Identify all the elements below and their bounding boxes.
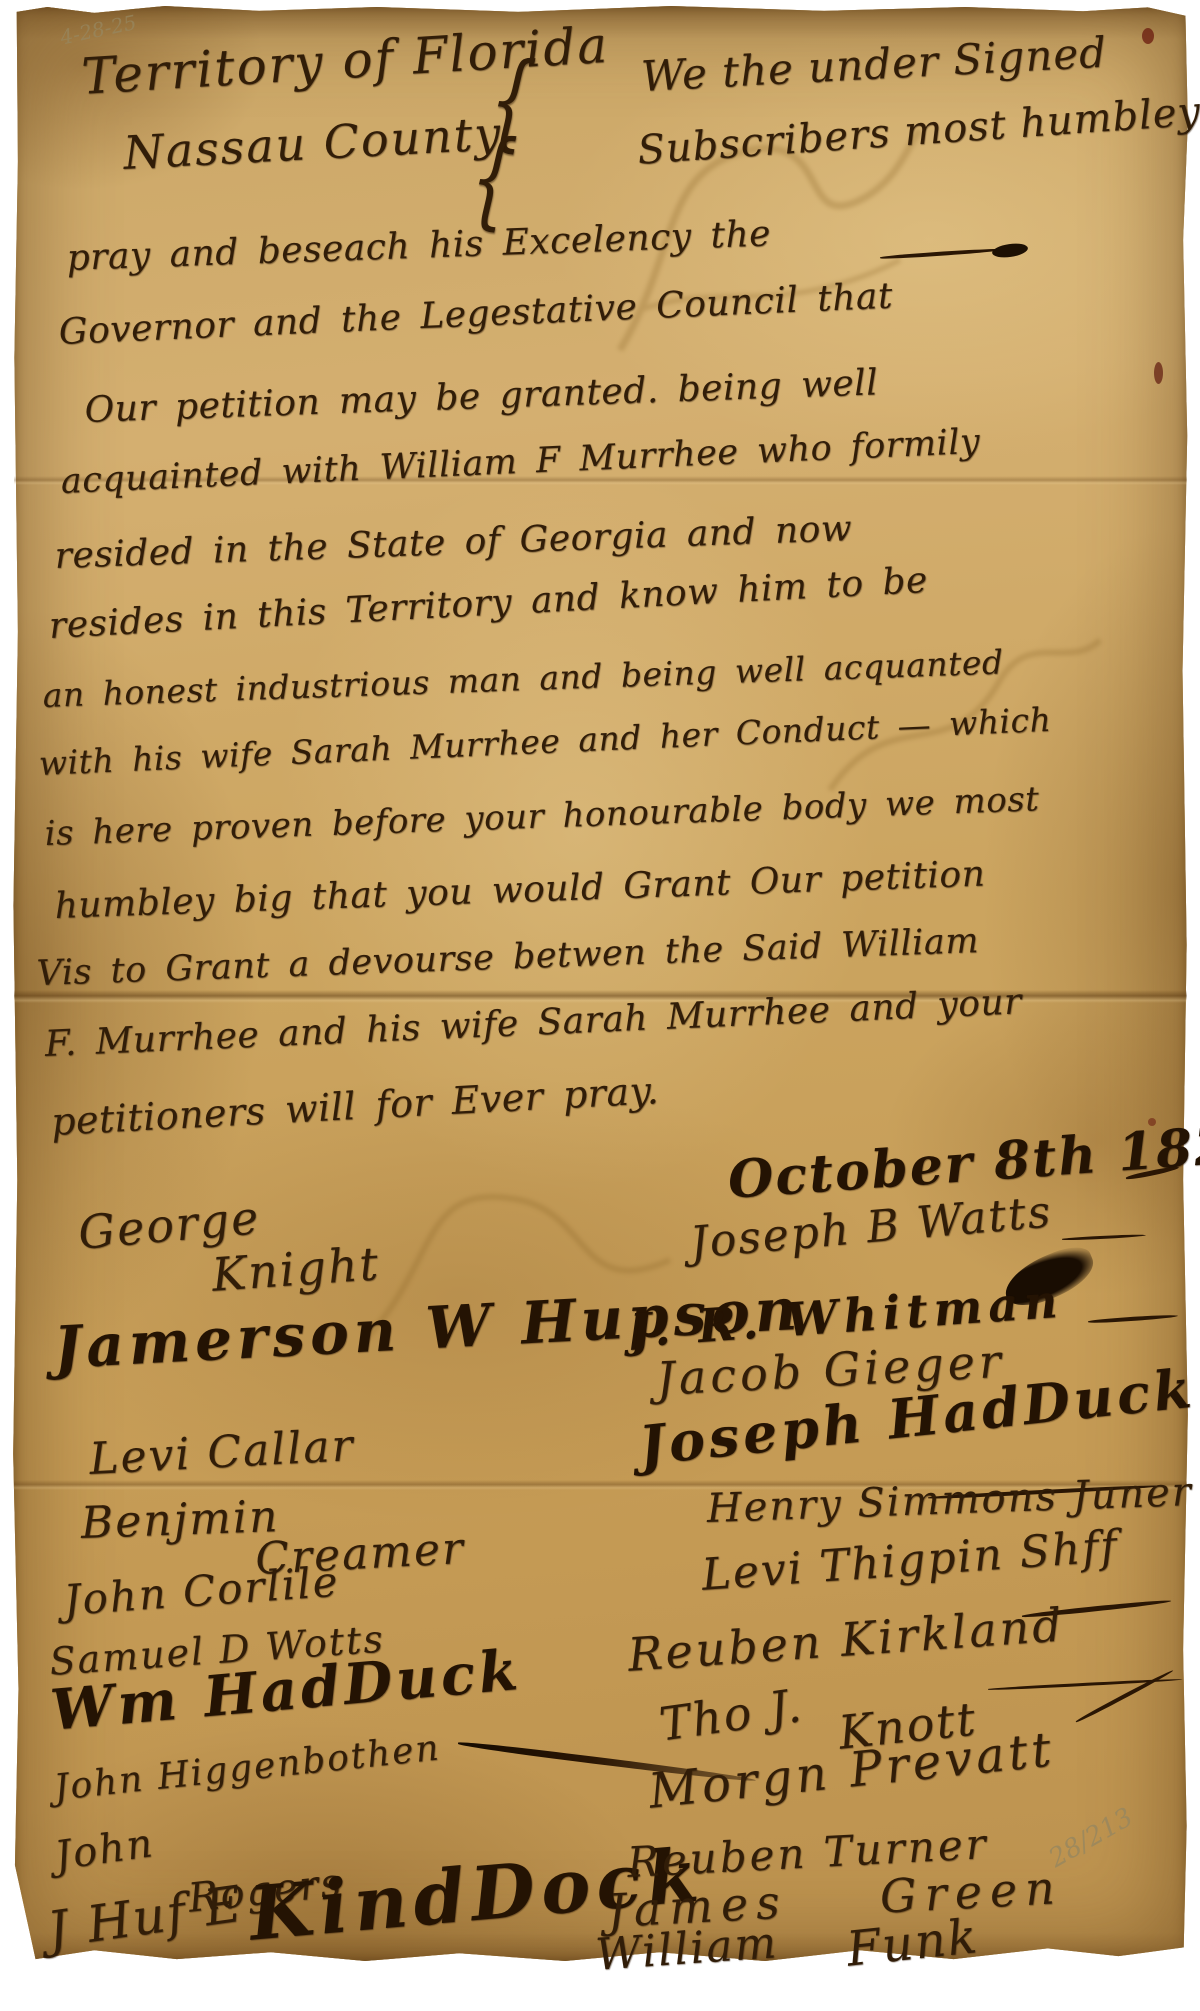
red-ink-spot — [1142, 28, 1154, 44]
red-ink-spot — [1154, 362, 1163, 384]
signature-benjmin-creamer: Benjmin — [80, 1491, 280, 1549]
scanned-manuscript-page: 4-28-25 28/213 Territory of Florida Nass… — [0, 0, 1200, 2011]
